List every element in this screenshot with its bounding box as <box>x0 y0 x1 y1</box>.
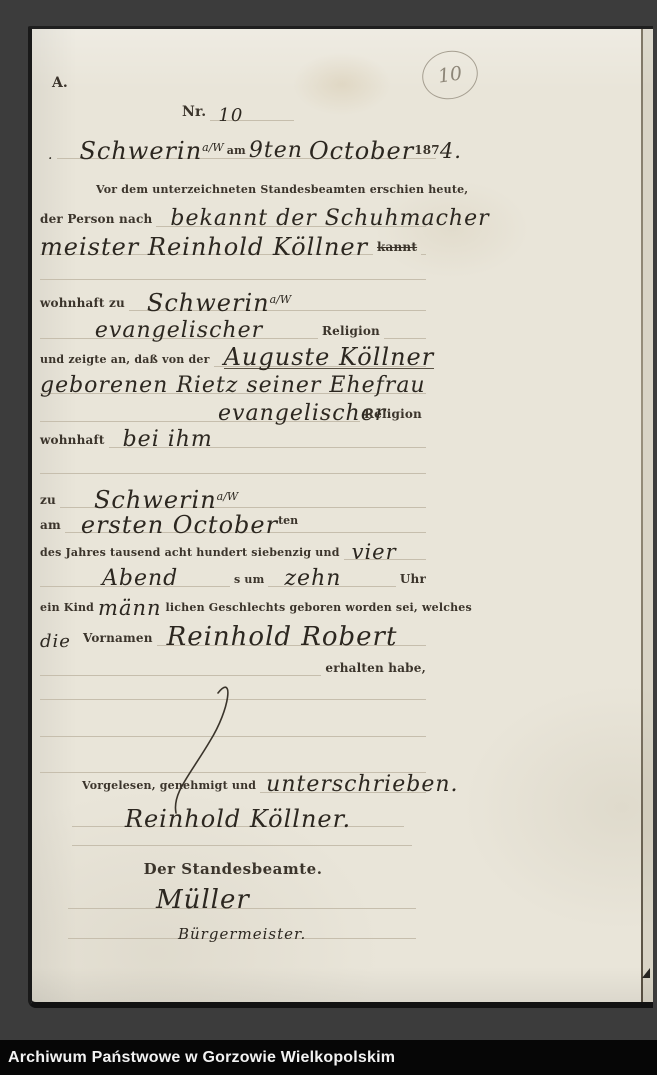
year-printed: 187 <box>414 143 440 157</box>
residence-row: wohnhaft zu Schwerin a/W <box>40 281 426 311</box>
kind-printed-2: lichen Geschlechts geboren worden sei, w… <box>166 601 472 614</box>
date-line: Schwerin a/W am 9ten October 187 4. <box>57 141 436 159</box>
nr-value: 10 <box>218 108 243 123</box>
archive-scan-viewer: A. 10 Nr. 10 . Schwerin a/W am 9ten Octo… <box>0 0 657 1075</box>
blank-rule-row <box>72 816 412 846</box>
closing-row: Vorgelesen, genehmigt und unterschrieben… <box>82 763 426 793</box>
person-row-1: der Person nach bekannt der Schuhmacher <box>40 197 426 227</box>
time-row: Abend s um zehn Uhr <box>40 557 426 587</box>
am-label: am <box>227 144 246 157</box>
form-corner-letter: A. <box>52 75 68 91</box>
closing-line: unterschrieben. <box>260 776 426 793</box>
birthday-row: am ersten October ten <box>40 503 426 533</box>
mother-row-2: geborenen Rietz seiner Ehefrau <box>40 364 426 394</box>
year-row: des Jahres tausend acht hundert siebenzi… <box>40 530 426 560</box>
wohnhaft-zu-label: wohnhaft zu <box>40 296 125 310</box>
official-title-line: Bürgermeister. <box>68 928 416 939</box>
religion-label-1: Religion <box>322 324 380 338</box>
ink-mark: . <box>48 150 53 162</box>
official-signature: Müller <box>156 889 250 911</box>
intro-text: Vor dem unterzeichneten Standesbeamten e… <box>96 183 468 196</box>
nr-value-line: 10 <box>210 108 294 121</box>
date-place-super: a/W <box>202 143 224 152</box>
blank-rule-row <box>40 444 426 474</box>
date-place: Schwerin <box>79 141 202 161</box>
closing-written: unterschrieben. <box>266 776 458 795</box>
year-written: 4. <box>440 143 462 161</box>
child-names: Reinhold Robert <box>167 626 398 648</box>
page-edge-notch <box>642 968 650 978</box>
vornamen-label: Vornamen <box>83 631 153 645</box>
nr-label: Nr. <box>182 104 206 120</box>
intro-row: Vor dem unterzeichneten Standesbeamten e… <box>96 179 468 197</box>
pencil-circled-number: 10 <box>417 45 483 105</box>
religion-row-1: evangelischer Religion <box>40 309 426 339</box>
official-signature-line: Müller <box>68 889 416 909</box>
pencil-page-number: 10 <box>436 62 463 87</box>
birthplace-super: a/W <box>217 492 239 501</box>
date-month: October <box>309 141 414 161</box>
kind-printed-1: ein Kind <box>40 601 94 614</box>
ten-suffix: ten <box>278 514 298 527</box>
document-page: A. 10 Nr. 10 . Schwerin a/W am 9ten Octo… <box>28 26 653 1008</box>
blank-rule-row <box>40 250 426 280</box>
date-row: . Schwerin a/W am 9ten October 187 4. <box>48 127 436 159</box>
archive-caption-bar: Archiwum Państwowe w Gorzowie Wielkopols… <box>0 1040 657 1075</box>
uhr-label: Uhr <box>400 572 426 586</box>
record-number-row: Nr. 10 <box>182 95 294 121</box>
closing-printed: Vorgelesen, genehmigt und <box>82 779 256 792</box>
person-nach-label: der Person nach <box>40 212 152 226</box>
official-title-row: Bürgermeister. <box>68 909 416 939</box>
mother-row-1: und zeigte an, daß von der Auguste Kölln… <box>40 337 426 367</box>
archive-name: Archiwum Państwowe w Gorzowie Wielkopols… <box>0 1049 395 1067</box>
official-title: Bürgermeister. <box>178 928 306 941</box>
date-day: 9ten <box>249 142 303 161</box>
child-names-row: die Vornamen Reinhold Robert <box>40 614 426 646</box>
official-signature-row: Müller <box>68 873 416 909</box>
child-sex-row: ein Kind männ lichen Geschlechts geboren… <box>40 585 426 615</box>
child-names-line: Reinhold Robert <box>157 626 426 646</box>
residence-super: a/W <box>270 295 292 304</box>
page-fold-strip <box>643 29 653 1002</box>
